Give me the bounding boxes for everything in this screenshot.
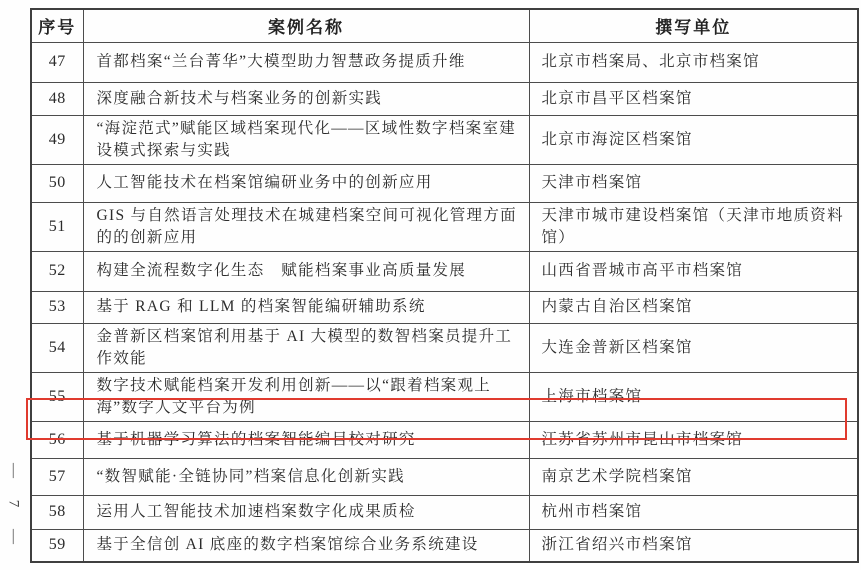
table-row: 50 人工智能技术在档案馆编研业务中的创新应用 天津市档案馆: [31, 164, 858, 202]
table-row: 55 数字技术赋能档案开发利用创新——以“跟着档案观上海”数字人文平台为例 上海…: [31, 372, 858, 421]
writing-unit-cell: 江苏省苏州市昆山市档案馆: [529, 421, 858, 458]
case-name-cell: 基于 RAG 和 LLM 的档案智能编研辅助系统: [83, 291, 529, 323]
row-number-cell: 57: [31, 458, 83, 495]
page-number: — 7 —: [5, 463, 22, 553]
row-number-cell: 55: [31, 372, 83, 421]
table-header-row: 序号 案例名称 撰写单位: [31, 9, 858, 42]
case-name-cell: 首都档案“兰台菁华”大模型助力智慧政务提质升维: [83, 42, 529, 82]
row-number-cell: 51: [31, 202, 83, 251]
table-row: 53 基于 RAG 和 LLM 的档案智能编研辅助系统 内蒙古自治区档案馆: [31, 291, 858, 323]
table-row: 51 GIS 与自然语言处理技术在城建档案空间可视化管理方面的的创新应用 天津市…: [31, 202, 858, 251]
case-name-cell: 金普新区档案馆利用基于 AI 大模型的数智档案员提升工作效能: [83, 323, 529, 372]
case-name-cell: 基于机器学习算法的档案智能编目校对研究: [83, 421, 529, 458]
table-row: 48 深度融合新技术与档案业务的创新实践 北京市昌平区档案馆: [31, 82, 858, 115]
row-number-cell: 50: [31, 164, 83, 202]
case-name-cell: 构建全流程数字化生态 赋能档案事业高质量发展: [83, 251, 529, 291]
table-row: 58 运用人工智能技术加速档案数字化成果质检 杭州市档案馆: [31, 495, 858, 529]
writing-unit-cell: 天津市城市建设档案馆（天津市地质资料馆）: [529, 202, 858, 251]
row-number-cell: 58: [31, 495, 83, 529]
row-number-cell: 52: [31, 251, 83, 291]
case-name-cell: 深度融合新技术与档案业务的创新实践: [83, 82, 529, 115]
case-name-cell: 数字技术赋能档案开发利用创新——以“跟着档案观上海”数字人文平台为例: [83, 372, 529, 421]
row-number-cell: 54: [31, 323, 83, 372]
writing-unit-cell: 天津市档案馆: [529, 164, 858, 202]
row-number-cell: 53: [31, 291, 83, 323]
writing-unit-cell: 杭州市档案馆: [529, 495, 858, 529]
row-number-cell: 59: [31, 529, 83, 562]
row-number-cell: 47: [31, 42, 83, 82]
table-row: 47 首都档案“兰台菁华”大模型助力智慧政务提质升维 北京市档案局、北京市档案馆: [31, 42, 858, 82]
cases-table: 序号 案例名称 撰写单位 47 首都档案“兰台菁华”大模型助力智慧政务提质升维 …: [30, 8, 859, 563]
document-page: — 7 — 序号 案例名称 撰写单位 47 首都档案“兰台菁华”大模型助力智慧政…: [0, 0, 861, 570]
case-name-cell: 人工智能技术在档案馆编研业务中的创新应用: [83, 164, 529, 202]
writing-unit-cell: 北京市昌平区档案馆: [529, 82, 858, 115]
table-row: 49 “海淀范式”赋能区域档案现代化——区域性数字档案室建设模式探索与实践 北京…: [31, 115, 858, 164]
writing-unit-cell: 山西省晋城市高平市档案馆: [529, 251, 858, 291]
table-row-highlighted: 56 基于机器学习算法的档案智能编目校对研究 江苏省苏州市昆山市档案馆: [31, 421, 858, 458]
writing-unit-cell: 南京艺术学院档案馆: [529, 458, 858, 495]
row-number-cell: 49: [31, 115, 83, 164]
case-name-cell: 运用人工智能技术加速档案数字化成果质检: [83, 495, 529, 529]
case-name-cell: GIS 与自然语言处理技术在城建档案空间可视化管理方面的的创新应用: [83, 202, 529, 251]
table-row: 54 金普新区档案馆利用基于 AI 大模型的数智档案员提升工作效能 大连金普新区…: [31, 323, 858, 372]
case-name-cell: “数智赋能·全链协同”档案信息化创新实践: [83, 458, 529, 495]
case-name-cell: “海淀范式”赋能区域档案现代化——区域性数字档案室建设模式探索与实践: [83, 115, 529, 164]
header-no: 序号: [31, 9, 83, 42]
header-case-name: 案例名称: [83, 9, 529, 42]
writing-unit-cell: 大连金普新区档案馆: [529, 323, 858, 372]
table-row: 52 构建全流程数字化生态 赋能档案事业高质量发展 山西省晋城市高平市档案馆: [31, 251, 858, 291]
writing-unit-cell: 北京市档案局、北京市档案馆: [529, 42, 858, 82]
table-row: 57 “数智赋能·全链协同”档案信息化创新实践 南京艺术学院档案馆: [31, 458, 858, 495]
writing-unit-cell: 浙江省绍兴市档案馆: [529, 529, 858, 562]
case-name-cell: 基于全信创 AI 底座的数字档案馆综合业务系统建设: [83, 529, 529, 562]
table-row: 59 基于全信创 AI 底座的数字档案馆综合业务系统建设 浙江省绍兴市档案馆: [31, 529, 858, 562]
writing-unit-cell: 内蒙古自治区档案馆: [529, 291, 858, 323]
row-number-cell: 48: [31, 82, 83, 115]
header-writing-unit: 撰写单位: [529, 9, 858, 42]
writing-unit-cell: 北京市海淀区档案馆: [529, 115, 858, 164]
row-number-cell: 56: [31, 421, 83, 458]
writing-unit-cell: 上海市档案馆: [529, 372, 858, 421]
